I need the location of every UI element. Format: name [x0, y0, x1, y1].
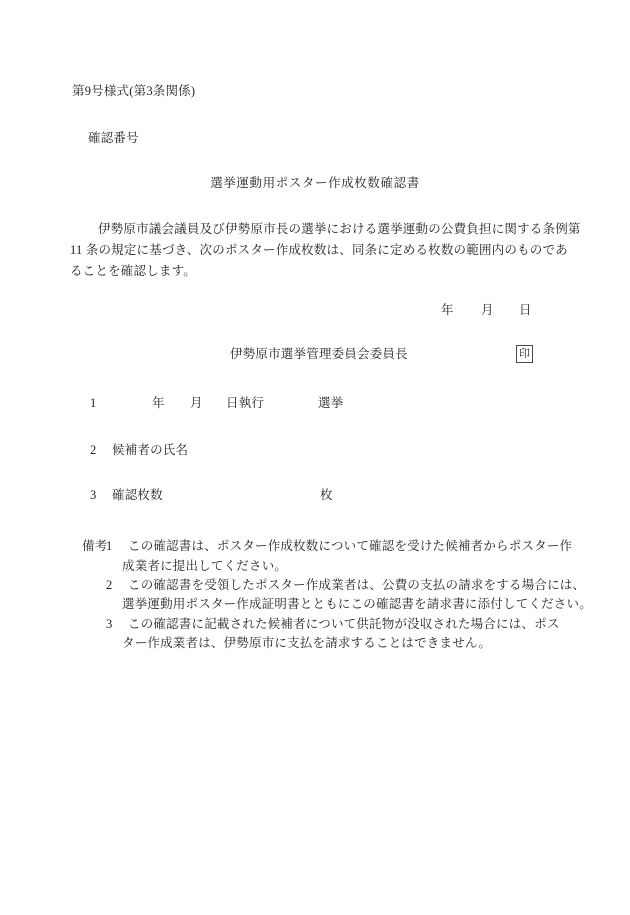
document-title: 選挙運動用ポスター作成枚数確認書: [0, 176, 630, 192]
item-1-year-label: 年: [152, 396, 165, 412]
item-3-number: 3: [90, 488, 96, 504]
item-1-day-exec-label: 日執行: [226, 396, 264, 412]
date-day-label: 日: [519, 303, 532, 319]
item-3-unit-label: 枚: [320, 488, 333, 504]
body-paragraph-line-1: 伊勢原市議会議員及び伊勢原市長の選挙における選挙運動の公費負担に関する条例第: [98, 222, 581, 238]
issuer-title: 伊勢原市選挙管理委員会委員長: [230, 347, 408, 363]
item-2-number: 2: [90, 443, 96, 459]
remark-2-line-2: 選挙運動用ポスター作成証明書とともにこの確認書を請求書に添付してください。: [122, 597, 592, 613]
item-1-month-label: 月: [190, 396, 203, 412]
item-3-label: 確認枚数: [112, 488, 163, 504]
form-number: 第9号様式(第3条関係): [72, 84, 195, 100]
remark-2-number: 2: [106, 578, 112, 594]
remarks-label: 備考: [82, 539, 107, 555]
remark-1-line-1: この確認書は、ポスター作成枚数について確認を受けた候補者からポスター作: [128, 539, 572, 555]
remark-2-line-1: この確認書を受領したポスター作成業者は、公費の支払の請求をする場合には、: [128, 578, 585, 594]
remark-3-number: 3: [106, 617, 112, 633]
remark-1-line-2: 成業者に提出してください。: [122, 559, 287, 575]
remark-3-line-2: ター作成業者は、伊勢原市に支払を請求することはできません。: [122, 636, 491, 652]
date-year-label: 年: [441, 303, 454, 319]
date-month-label: 月: [481, 303, 494, 319]
remark-3-line-1: この確認書に記載された候補者について供託物が没収された場合には、ポス: [128, 617, 560, 633]
document-page: 第9号様式(第3条関係) 確認番号 選挙運動用ポスター作成枚数確認書 伊勢原市議…: [0, 0, 630, 915]
seal-box: 印: [516, 345, 533, 363]
item-1-number: 1: [90, 396, 96, 412]
item-1-election-label: 選挙: [318, 396, 343, 412]
body-paragraph-line-2: 11 条の規定に基づき、次のポスター作成枚数は、同条に定める枚数の範囲内のもので…: [70, 243, 568, 259]
confirmation-number-label: 確認番号: [88, 131, 139, 147]
item-2-label: 候補者の氏名: [112, 443, 188, 459]
remark-1-number: 1: [106, 539, 112, 555]
seal-mark: 印: [519, 349, 530, 360]
body-paragraph-line-3: ることを確認します。: [70, 264, 196, 280]
